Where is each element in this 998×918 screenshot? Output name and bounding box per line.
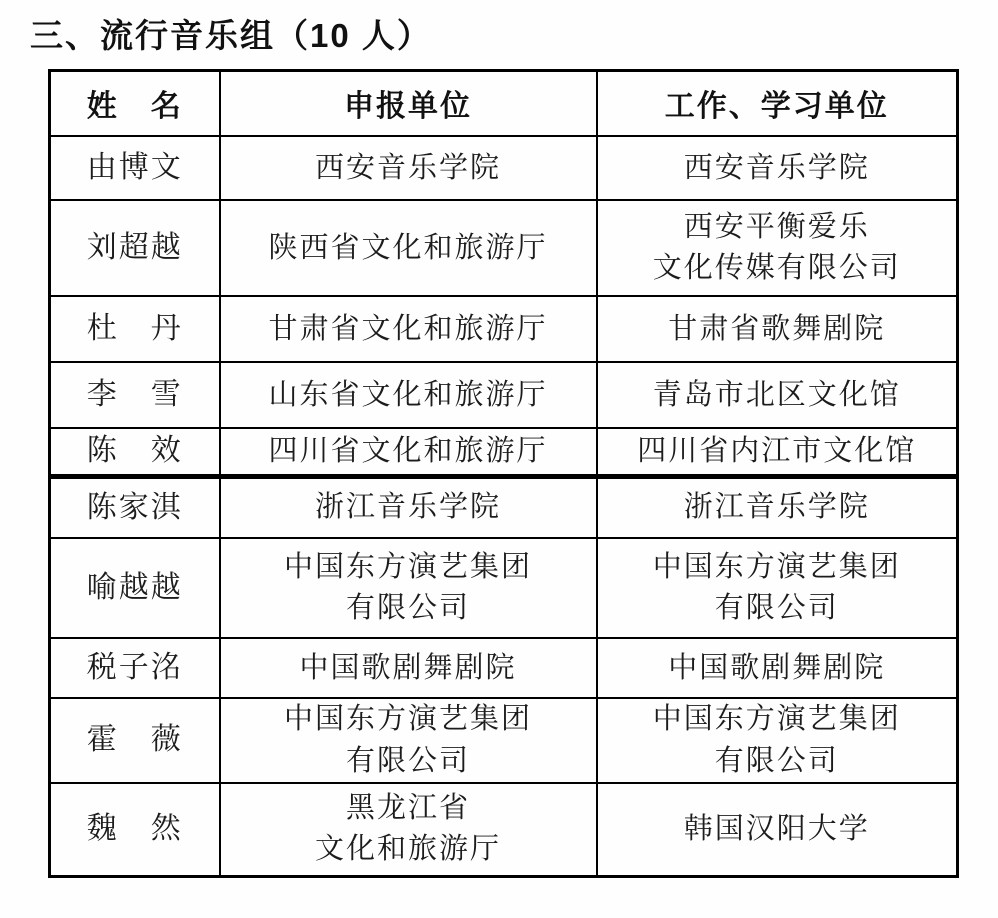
work-study-unit-cell: 韩国汉阳大学 [597,783,958,876]
table-row: 霍 薇 中国东方演艺集团 有限公司 中国东方演艺集团 有限公司 [50,698,958,783]
name-cell: 杜 丹 [50,296,220,362]
header-name: 姓 名 [50,70,220,136]
document-page: 三、流行音乐组（10 人） 姓 名 申报单位 工作、学习单位 由博文 西安音乐学… [0,0,998,918]
name-cell: 喻越越 [50,538,220,638]
declaring-unit-cell: 陕西省文化和旅游厅 [220,200,597,296]
declaring-unit-cell: 山东省文化和旅游厅 [220,362,597,428]
name-cell: 李 雪 [50,362,220,428]
table-row: 李 雪 山东省文化和旅游厅 青岛市北区文化馆 [50,362,958,428]
roster-table: 姓 名 申报单位 工作、学习单位 由博文 西安音乐学院 西安音乐学院 刘超越 陕… [48,69,959,878]
declaring-unit-cell: 黑龙江省 文化和旅游厅 [220,783,597,876]
name-cell: 税子洺 [50,638,220,698]
table-row: 刘超越 陕西省文化和旅游厅 西安平衡爱乐 文化传媒有限公司 [50,200,958,296]
table-row: 陈家淇 浙江音乐学院 浙江音乐学院 [50,476,958,538]
table-row: 杜 丹 甘肃省文化和旅游厅 甘肃省歌舞剧院 [50,296,958,362]
work-study-unit-cell: 甘肃省歌舞剧院 [597,296,958,362]
work-study-unit-cell: 青岛市北区文化馆 [597,362,958,428]
table-row: 喻越越 中国东方演艺集团 有限公司 中国东方演艺集团 有限公司 [50,538,958,638]
work-study-unit-cell: 中国东方演艺集团 有限公司 [597,538,958,638]
work-study-unit-cell: 浙江音乐学院 [597,476,958,538]
name-cell: 陈 效 [50,428,220,476]
declaring-unit-cell: 中国歌剧舞剧院 [220,638,597,698]
work-study-unit-cell: 西安平衡爱乐 文化传媒有限公司 [597,200,958,296]
section-title: 三、流行音乐组（10 人） [0,0,998,56]
name-cell: 陈家淇 [50,476,220,538]
table-header-row: 姓 名 申报单位 工作、学习单位 [50,70,958,136]
header-work-study-unit: 工作、学习单位 [597,70,958,136]
declaring-unit-cell: 浙江音乐学院 [220,476,597,538]
name-cell: 由博文 [50,136,220,200]
table-row: 税子洺 中国歌剧舞剧院 中国歌剧舞剧院 [50,638,958,698]
work-study-unit-cell: 中国东方演艺集团 有限公司 [597,698,958,783]
declaring-unit-cell: 中国东方演艺集团 有限公司 [220,538,597,638]
declaring-unit-cell: 中国东方演艺集团 有限公司 [220,698,597,783]
work-study-unit-cell: 中国歌剧舞剧院 [597,638,958,698]
header-declaring-unit: 申报单位 [220,70,597,136]
declaring-unit-cell: 四川省文化和旅游厅 [220,428,597,476]
declaring-unit-cell: 甘肃省文化和旅游厅 [220,296,597,362]
name-cell: 霍 薇 [50,698,220,783]
name-cell: 刘超越 [50,200,220,296]
work-study-unit-cell: 四川省内江市文化馆 [597,428,958,476]
table-row: 魏 然 黑龙江省 文化和旅游厅 韩国汉阳大学 [50,783,958,876]
name-cell: 魏 然 [50,783,220,876]
table-row: 由博文 西安音乐学院 西安音乐学院 [50,136,958,200]
work-study-unit-cell: 西安音乐学院 [597,136,958,200]
declaring-unit-cell: 西安音乐学院 [220,136,597,200]
table-row: 陈 效 四川省文化和旅游厅 四川省内江市文化馆 [50,428,958,476]
